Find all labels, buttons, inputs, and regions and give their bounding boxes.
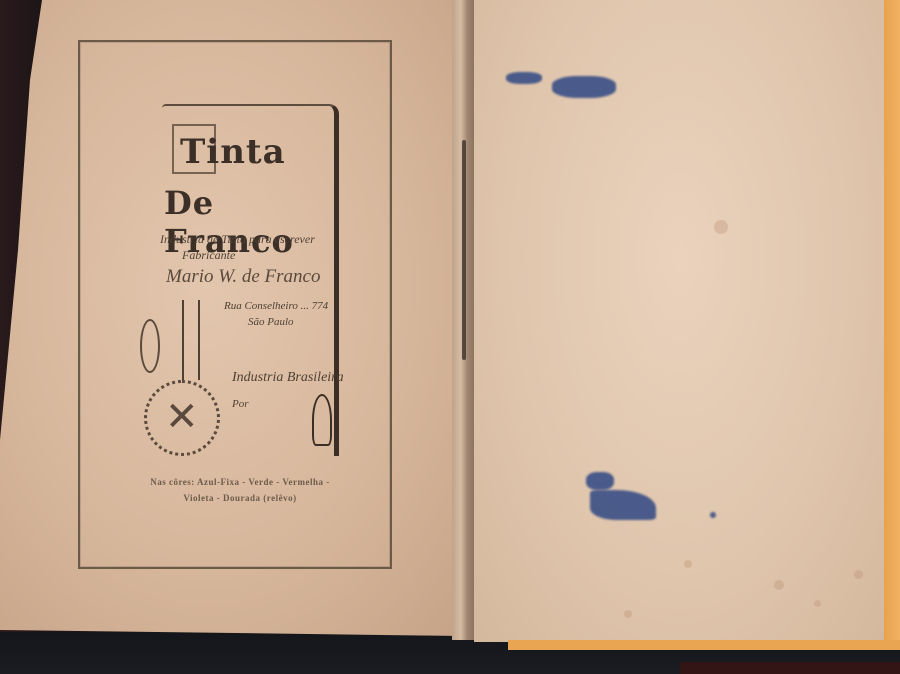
column-ornament-icon	[182, 300, 200, 380]
label-address: Rua Conselheiro ... 774	[224, 300, 328, 312]
tassel-ornament-icon	[312, 394, 332, 446]
crossed-pens-seal-icon	[144, 380, 220, 456]
foxing-spot	[624, 610, 632, 618]
color-list-line2: Violeta - Dourada (relêvo)	[110, 490, 370, 506]
foxing-spot	[814, 600, 821, 607]
page-edge-right	[884, 0, 900, 648]
ink-dot	[710, 512, 716, 518]
label-city: São Paulo	[248, 316, 294, 328]
ink-stain-small	[506, 72, 542, 84]
foxing-spot	[774, 580, 784, 590]
label-maker-name: Mario W. de Franco	[166, 266, 320, 288]
ink-label: Tinta De Franco Industria de Tinta para …	[152, 104, 338, 454]
ink-stain-top	[552, 76, 616, 98]
foxing-spot	[684, 560, 692, 568]
label-title-line1: Tinta	[180, 132, 286, 172]
gutter-tear	[462, 140, 466, 360]
foxing-spot	[854, 570, 863, 579]
color-list-line1: Nas côres: Azul-Fixa - Verde - Vermelha …	[110, 474, 370, 490]
endpaper-page	[474, 0, 886, 642]
color-list: Nas côres: Azul-Fixa - Verde - Vermelha …	[110, 474, 370, 506]
inside-cover-page: Tinta De Franco Industria de Tinta para …	[0, 0, 462, 636]
label-note: Por	[232, 398, 249, 410]
table-surface-red	[680, 662, 900, 674]
leaf-ornament-icon	[140, 319, 160, 373]
label-maker-label: Fabricante	[182, 248, 235, 263]
page-edge-bottom	[508, 640, 900, 650]
label-product: Industria Brasileira	[232, 370, 344, 386]
ink-stain-figure-body	[590, 490, 656, 520]
ink-stain-figure-head	[586, 472, 614, 490]
label-subtitle: Industria de Tinta para escrever	[160, 232, 315, 247]
foxing-spot	[714, 220, 728, 234]
